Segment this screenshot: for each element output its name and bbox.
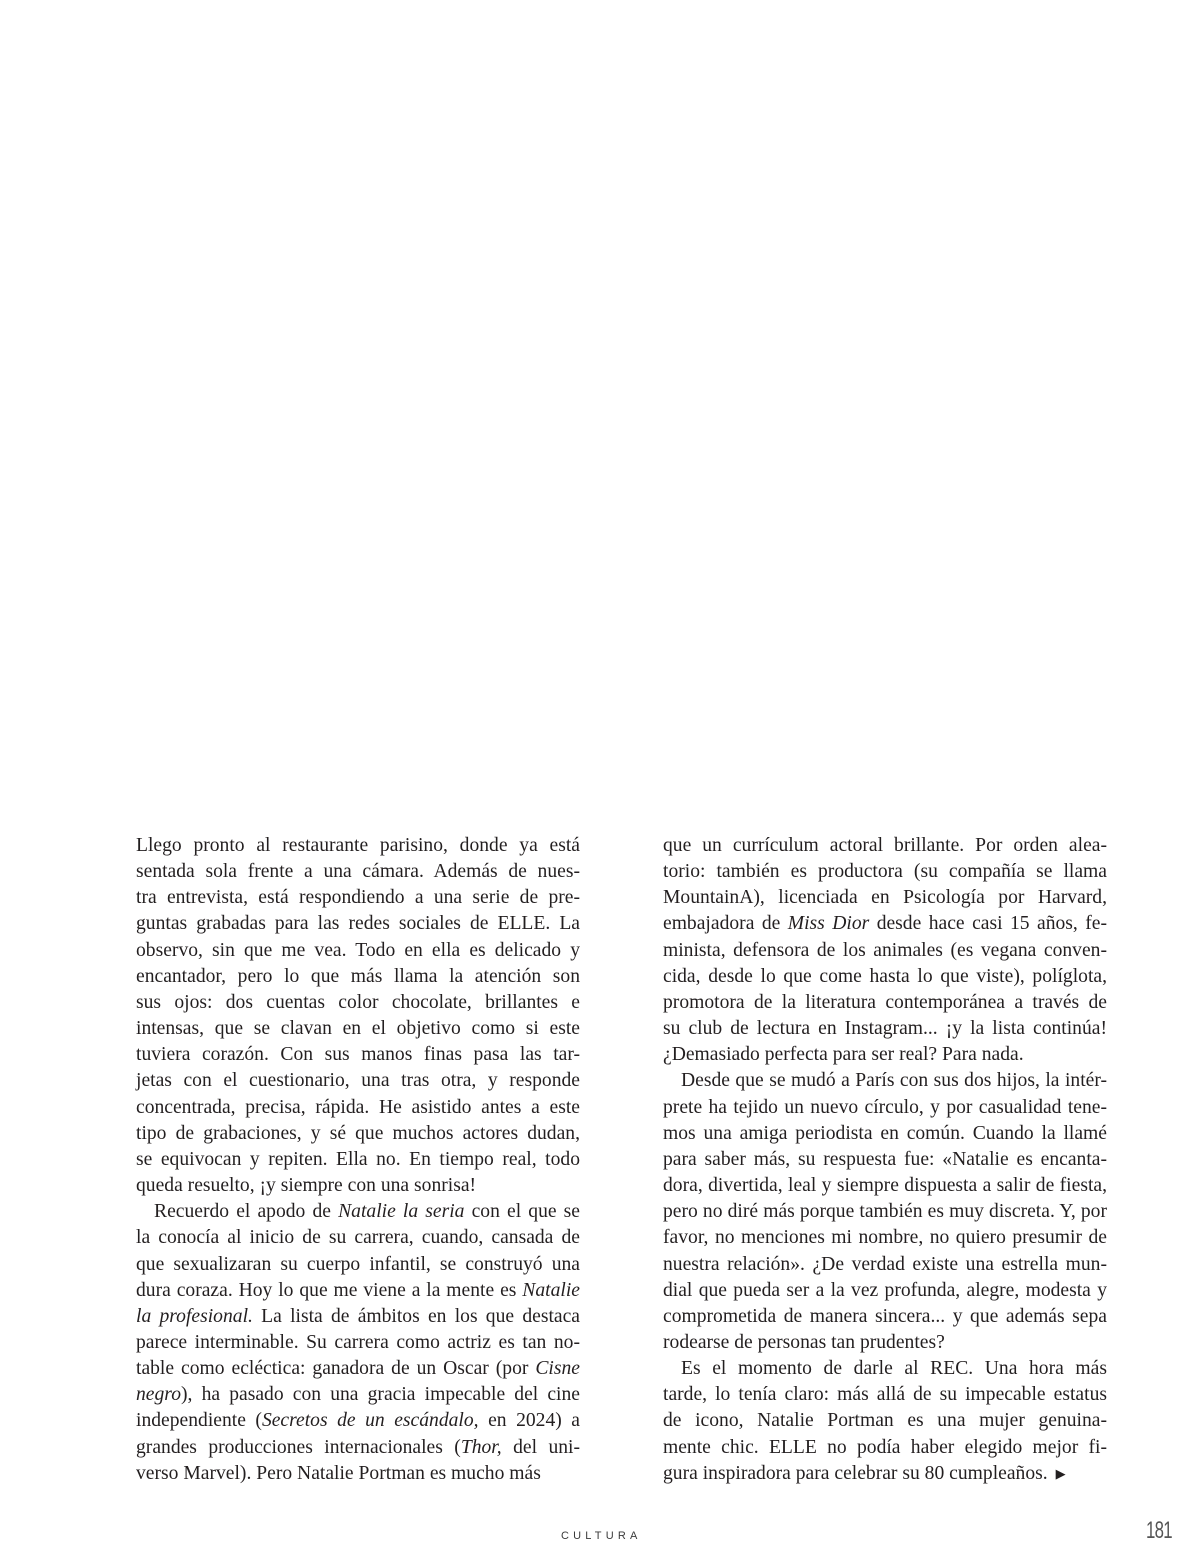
text-line: favor, no menciones mi nombre, no quiero… xyxy=(663,1225,1107,1251)
text-line: Llego pronto al restaurante parisino, do… xyxy=(136,833,580,859)
text-line: verso Marvel). Pero Natalie Portman es m… xyxy=(136,1461,580,1487)
text-line: dora, divertida, leal y siempre dispuest… xyxy=(663,1173,1107,1199)
text-line: Es el momento de darle al REC. Una hora … xyxy=(663,1356,1107,1382)
end-of-article-triangle-icon: ▶ xyxy=(1056,1466,1066,1481)
text-line: parece interminable. Su carrera como act… xyxy=(136,1330,580,1356)
blank-image-area xyxy=(0,0,1200,820)
text-line: MountainA), licenciada en Psicología por… xyxy=(663,885,1107,911)
text-line: sentada sola frente a una cámara. Además… xyxy=(136,859,580,885)
text-line: se equivocan y repiten. Ella no. En tiem… xyxy=(136,1147,580,1173)
text-line: su club de lectura en Instagram... ¡y la… xyxy=(663,1016,1107,1042)
article-column-right: que un currículum actoral brillante. Por… xyxy=(663,833,1107,1487)
article-paragraph: que un currículum actoral brillante. Por… xyxy=(663,833,1107,1068)
text-line: grandes producciones internacionales (Th… xyxy=(136,1435,580,1461)
text-line: pero no diré más porque también es muy d… xyxy=(663,1199,1107,1225)
text-line: minista, defensora de los animales (es v… xyxy=(663,938,1107,964)
text-line: sus ojos: dos cuentas color chocolate, b… xyxy=(136,990,580,1016)
text-line: Recuerdo el apodo de Natalie la seria co… xyxy=(136,1199,580,1225)
text-line: tarde, lo tenía claro: más allá de su im… xyxy=(663,1382,1107,1408)
text-line: que un currículum actoral brillante. Por… xyxy=(663,833,1107,859)
text-line: concentrada, precisa, rápida. He asistid… xyxy=(136,1095,580,1121)
italic-title: negro xyxy=(136,1384,181,1405)
text-line: tipo de grabaciones, y sé que muchos act… xyxy=(136,1121,580,1147)
text-line: queda resuelto, ¡y siempre con una sonri… xyxy=(136,1173,580,1199)
italic-title: la profesional. xyxy=(136,1306,253,1327)
text-line: ¿Demasiado perfecta para ser real? Para … xyxy=(663,1042,1107,1068)
text-line: la conocía al inicio de su carrera, cuan… xyxy=(136,1225,580,1251)
text-line: prete ha tejido un nuevo círculo, y por … xyxy=(663,1095,1107,1121)
text-line: guntas grabadas para las redes sociales … xyxy=(136,911,580,937)
text-line: que sexualizaran su cuerpo infantil, se … xyxy=(136,1252,580,1278)
page-number: 181 xyxy=(1146,1517,1172,1545)
text-line: tra entrevista, está respondiendo a una … xyxy=(136,885,580,911)
text-line: gura inspiradora para celebrar su 80 cum… xyxy=(663,1461,1107,1487)
italic-title: Natalie xyxy=(522,1280,580,1301)
text-line: observo, sin que me vea. Todo en ella es… xyxy=(136,938,580,964)
italic-title: Natalie la seria xyxy=(338,1201,464,1222)
text-line: comprometida de manera sincera... y que … xyxy=(663,1304,1107,1330)
magazine-page: Llego pronto al restaurante parisino, do… xyxy=(0,0,1200,1566)
article-paragraph: Recuerdo el apodo de Natalie la seria co… xyxy=(136,1199,580,1487)
text-line: nuestra relación». ¿De verdad existe una… xyxy=(663,1252,1107,1278)
section-label: CULTURA xyxy=(561,1530,642,1542)
article-paragraph: Desde que se mudó a París con sus dos hi… xyxy=(663,1068,1107,1356)
article-paragraph: Es el momento de darle al REC. Una hora … xyxy=(663,1356,1107,1487)
text-line: embajadora de Miss Dior desde hace casi … xyxy=(663,911,1107,937)
text-line: Desde que se mudó a París con sus dos hi… xyxy=(663,1068,1107,1094)
text-line: promotora de la literatura contemporánea… xyxy=(663,990,1107,1016)
article-column-left: Llego pronto al restaurante parisino, do… xyxy=(136,833,580,1487)
text-line: intensas, que se clavan en el objetivo c… xyxy=(136,1016,580,1042)
text-line: dial que pueda ser a la vez profunda, al… xyxy=(663,1278,1107,1304)
text-line: torio: también es productora (su compañí… xyxy=(663,859,1107,885)
text-line: mos una amiga periodista en común. Cuand… xyxy=(663,1121,1107,1147)
text-line: para saber más, su respuesta fue: «Natal… xyxy=(663,1147,1107,1173)
article-paragraph: Llego pronto al restaurante parisino, do… xyxy=(136,833,580,1199)
italic-title: Miss Dior xyxy=(788,913,869,934)
text-line: de icono, Natalie Portman es una mujer g… xyxy=(663,1408,1107,1434)
text-line: cida, desde lo que come hasta lo que vis… xyxy=(663,964,1107,990)
text-line: independiente (Secretos de un escándalo,… xyxy=(136,1408,580,1434)
text-line: encantador, pero lo que más llama la ate… xyxy=(136,964,580,990)
text-line: mente chic. ELLE no podía haber elegido … xyxy=(663,1435,1107,1461)
text-line: dura coraza. Hoy lo que me viene a la me… xyxy=(136,1278,580,1304)
italic-title: Secretos de un escándalo, xyxy=(262,1410,479,1431)
italic-title: Thor, xyxy=(461,1437,502,1458)
text-line: negro), ha pasado con una gracia impecab… xyxy=(136,1382,580,1408)
text-line: la profesional. La lista de ámbitos en l… xyxy=(136,1304,580,1330)
text-line: jetas con el cuestionario, una tras otra… xyxy=(136,1068,580,1094)
italic-title: Cisne xyxy=(535,1358,580,1379)
text-line: table como ecléctica: ganadora de un Osc… xyxy=(136,1356,580,1382)
text-line: rodearse de personas tan prudentes? xyxy=(663,1330,1107,1356)
text-line: tuviera corazón. Con sus manos finas pas… xyxy=(136,1042,580,1068)
